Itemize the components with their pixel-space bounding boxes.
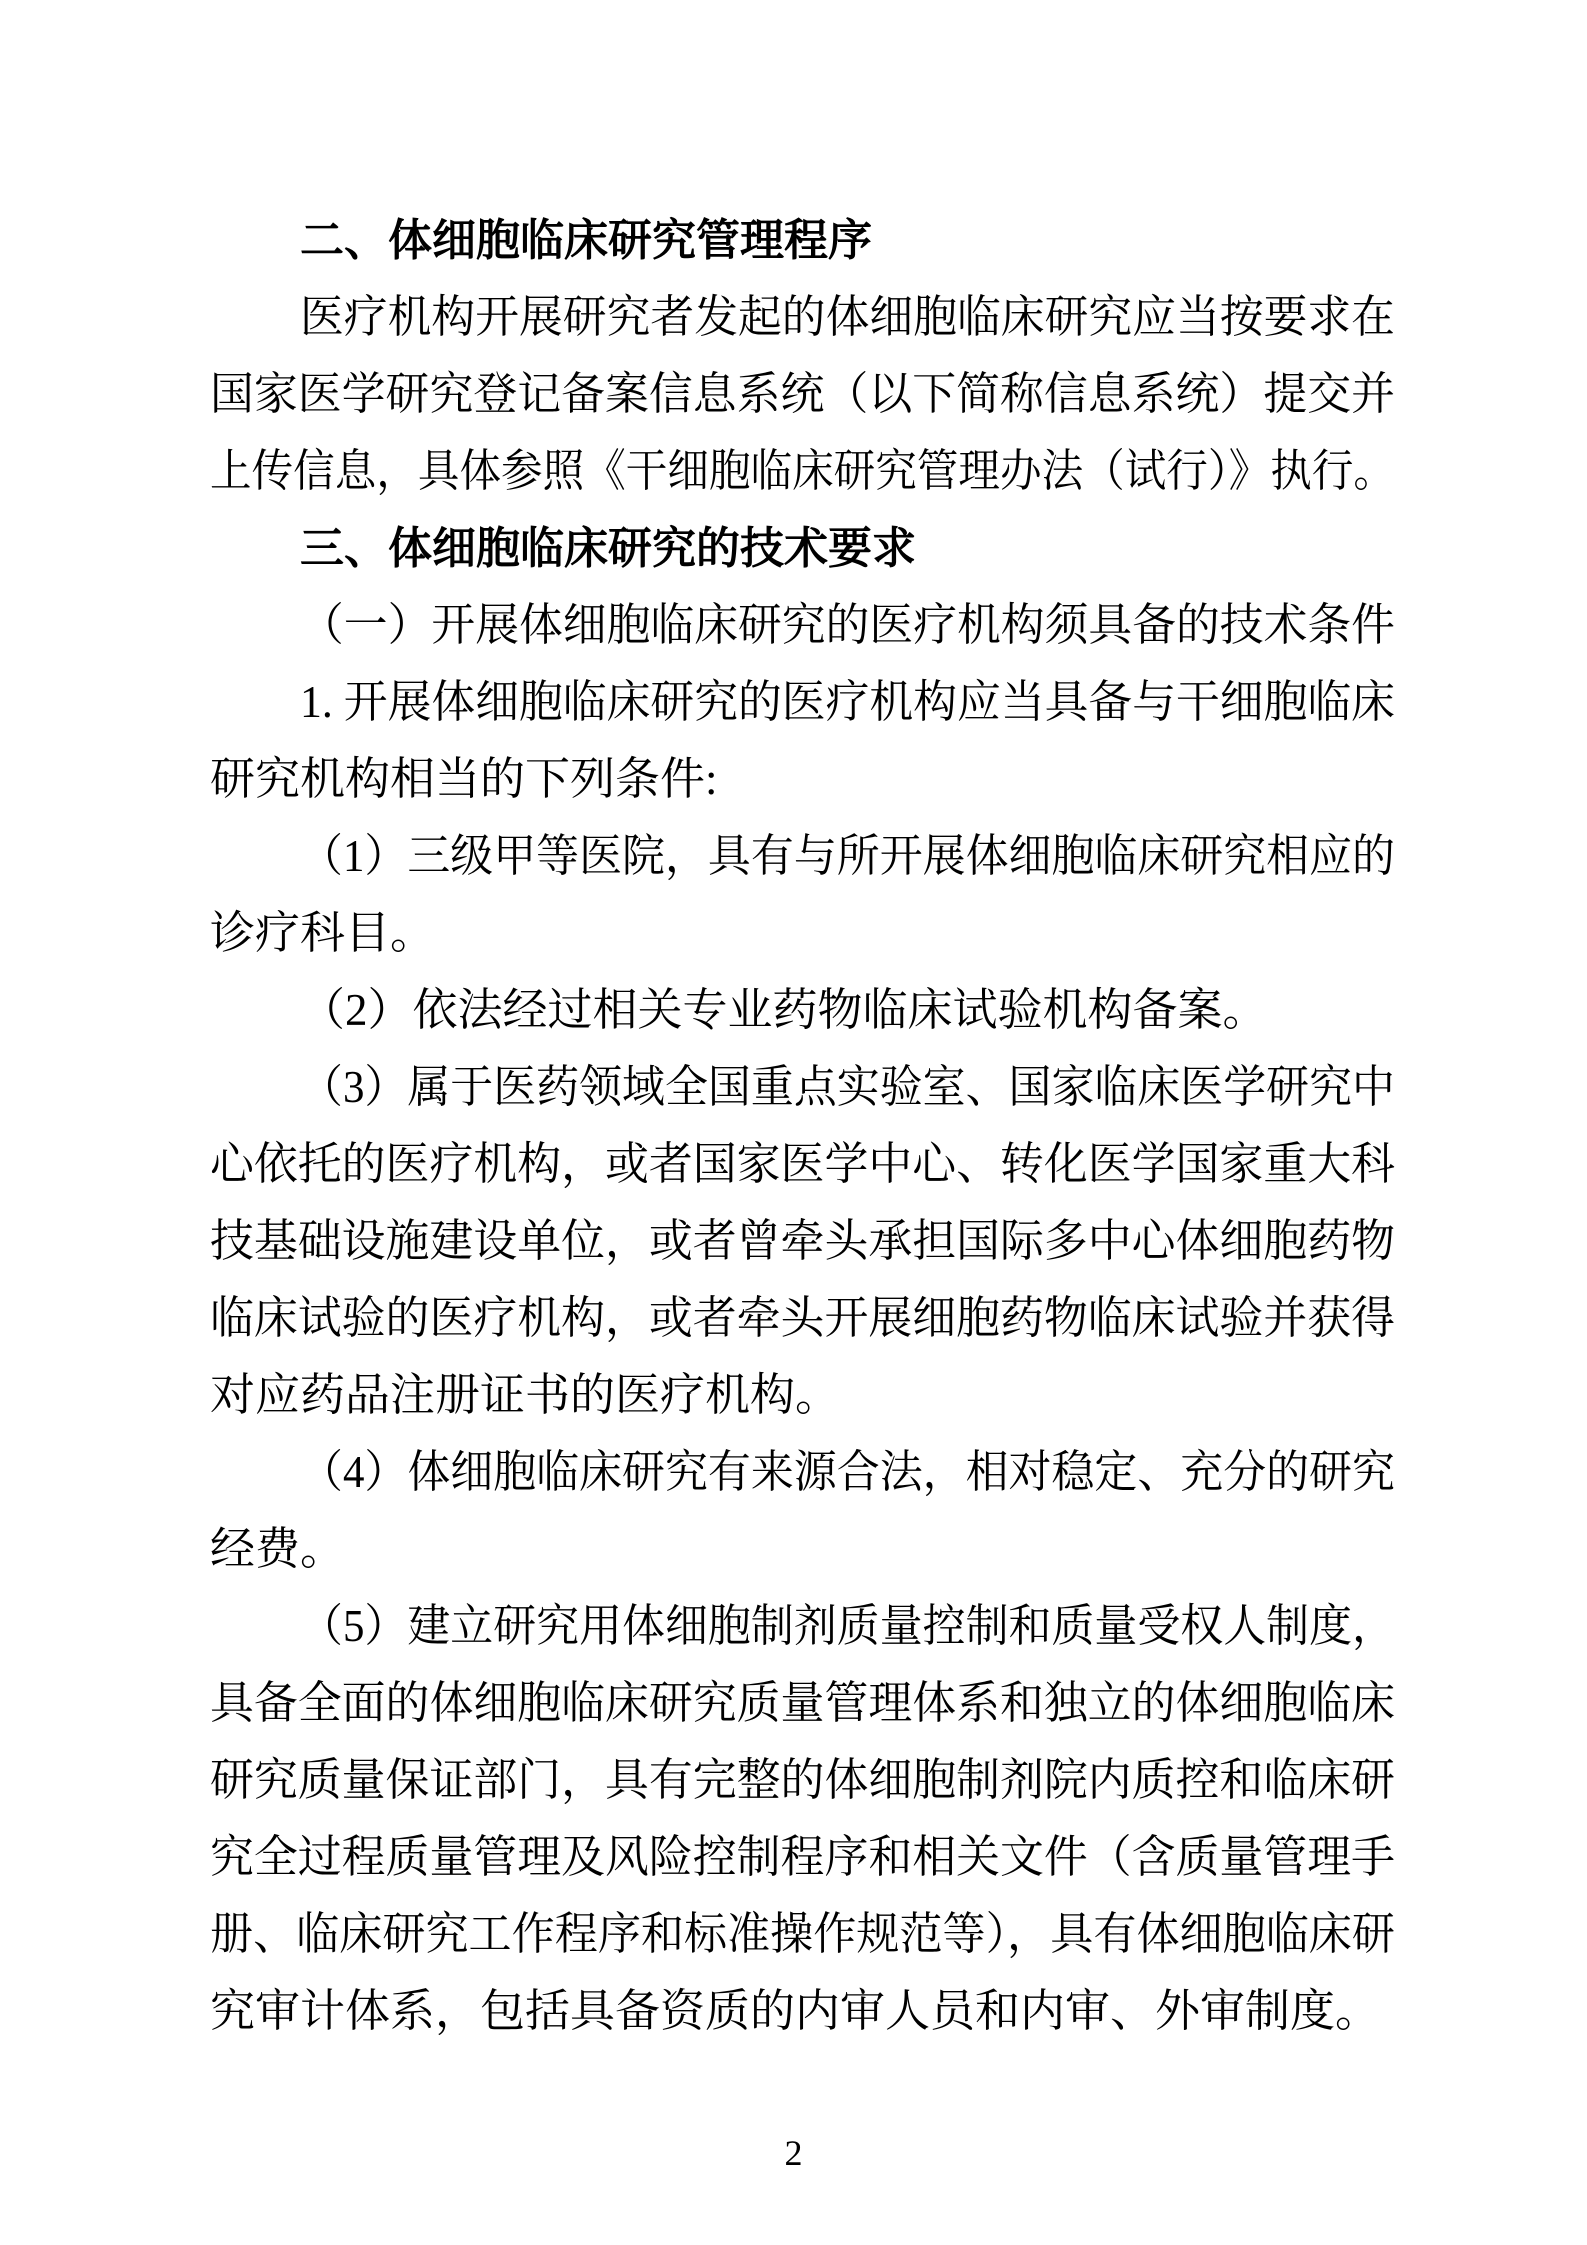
text-line-content: （2）依法经过相关专业药物临床试验机构备案。 [300, 972, 1268, 1049]
text-line-content: 医疗机构开展研究者发起的体细胞临床研究应当按要求在 [300, 279, 1395, 356]
page-number: 2 [0, 2133, 1587, 2173]
text-line: 研究质量保证部门，具有完整的体细胞制剂院内质控和临床研 [210, 1742, 1395, 1819]
text-line-content: 临床试验的医疗机构，或者牵头开展细胞药物临床试验并获得 [210, 1280, 1395, 1357]
text-line-content: 研究质量保证部门，具有完整的体细胞制剂院内质控和临床研 [210, 1742, 1395, 1819]
text-line-content: 国家医学研究登记备案信息系统（以下简称信息系统）提交并 [210, 356, 1395, 433]
text-line: 诊疗科目。 [210, 895, 1395, 972]
text-line-content: 诊疗科目。 [210, 895, 435, 972]
text-line-content: 上传信息，具体参照《干细胞临床研究管理办法（试行）》执行。 [210, 433, 1395, 510]
text-line: 对应药品注册证书的医疗机构。 [210, 1357, 1395, 1434]
text-line: 具备全面的体细胞临床研究质量管理体系和独立的体细胞临床 [210, 1665, 1395, 1742]
text-line: 临床试验的医疗机构，或者牵头开展细胞药物临床试验并获得 [210, 1280, 1395, 1357]
text-line: 心依托的医疗机构，或者国家医学中心、转化医学国家重大科 [210, 1126, 1395, 1203]
text-line: 究全过程质量管理及风险控制程序和相关文件（含质量管理手 [210, 1819, 1395, 1896]
text-line: （1）三级甲等医院，具有与所开展体细胞临床研究相应的 [210, 818, 1395, 895]
text-line: （4）体细胞临床研究有来源合法，相对稳定、充分的研究 [210, 1434, 1395, 1511]
text-line: 三、体细胞临床研究的技术要求 [210, 510, 1395, 587]
text-line-content: 具备全面的体细胞临床研究质量管理体系和独立的体细胞临床 [210, 1665, 1395, 1742]
text-line: （一）开展体细胞临床研究的医疗机构须具备的技术条件 [210, 587, 1395, 664]
text-line-content: 三、体细胞临床研究的技术要求 [300, 510, 916, 587]
text-line: （3）属于医药领域全国重点实验室、国家临床医学研究中 [210, 1049, 1395, 1126]
text-line-content: （1）三级甲等医院，具有与所开展体细胞临床研究相应的 [300, 818, 1395, 895]
text-line-content: （3）属于医药领域全国重点实验室、国家临床医学研究中 [300, 1049, 1395, 1126]
document-page: 二、体细胞临床研究管理程序 医疗机构开展研究者发起的体细胞临床研究应当按要求在 … [0, 0, 1587, 2245]
text-line: 上传信息，具体参照《干细胞临床研究管理办法（试行）》执行。 [210, 433, 1395, 510]
text-line-content: 心依托的医疗机构，或者国家医学中心、转化医学国家重大科 [210, 1126, 1395, 1203]
text-line: （5）建立研究用体细胞制剂质量控制和质量受权人制度， [210, 1588, 1395, 1665]
text-line-content: 研究机构相当的下列条件: [210, 741, 718, 818]
text-line: 技基础设施建设单位，或者曾牵头承担国际多中心体细胞药物 [210, 1203, 1395, 1280]
text-line-content: 究全过程质量管理及风险控制程序和相关文件（含质量管理手 [210, 1819, 1395, 1896]
text-line-content: 册、临床研究工作程序和标准操作规范等），具有体细胞临床研 [210, 1896, 1395, 1973]
text-line: 册、临床研究工作程序和标准操作规范等），具有体细胞临床研 [210, 1896, 1395, 1973]
document-text: 二、体细胞临床研究管理程序 医疗机构开展研究者发起的体细胞临床研究应当按要求在 … [210, 202, 1395, 2050]
text-line: 究审计体系，包括具备资质的内审人员和内审、外审制度。 [210, 1973, 1395, 2050]
text-line-content: （一）开展体细胞临床研究的医疗机构须具备的技术条件 [300, 587, 1395, 664]
text-line-content: 技基础设施建设单位，或者曾牵头承担国际多中心体细胞药物 [210, 1203, 1395, 1280]
text-line-content: 究审计体系，包括具备资质的内审人员和内审、外审制度。 [210, 1973, 1380, 2050]
text-line: （2）依法经过相关专业药物临床试验机构备案。 [210, 972, 1395, 1049]
text-line-content: （5）建立研究用体细胞制剂质量控制和质量受权人制度， [300, 1588, 1395, 1665]
text-line: 国家医学研究登记备案信息系统（以下简称信息系统）提交并 [210, 356, 1395, 433]
text-line: 二、体细胞临床研究管理程序 [210, 202, 1395, 279]
text-line: 医疗机构开展研究者发起的体细胞临床研究应当按要求在 [210, 279, 1395, 356]
text-line-content: 经费。 [210, 1511, 345, 1588]
text-line: 1. 开展体细胞临床研究的医疗机构应当具备与干细胞临床 [210, 664, 1395, 741]
text-line: 研究机构相当的下列条件: [210, 741, 1395, 818]
text-line-content: 对应药品注册证书的医疗机构。 [210, 1357, 840, 1434]
text-line-content: 二、体细胞临床研究管理程序 [300, 202, 872, 279]
text-line: 经费。 [210, 1511, 1395, 1588]
text-line-content: 1. 开展体细胞临床研究的医疗机构应当具备与干细胞临床 [300, 664, 1395, 741]
text-line-content: （4）体细胞临床研究有来源合法，相对稳定、充分的研究 [300, 1434, 1395, 1511]
